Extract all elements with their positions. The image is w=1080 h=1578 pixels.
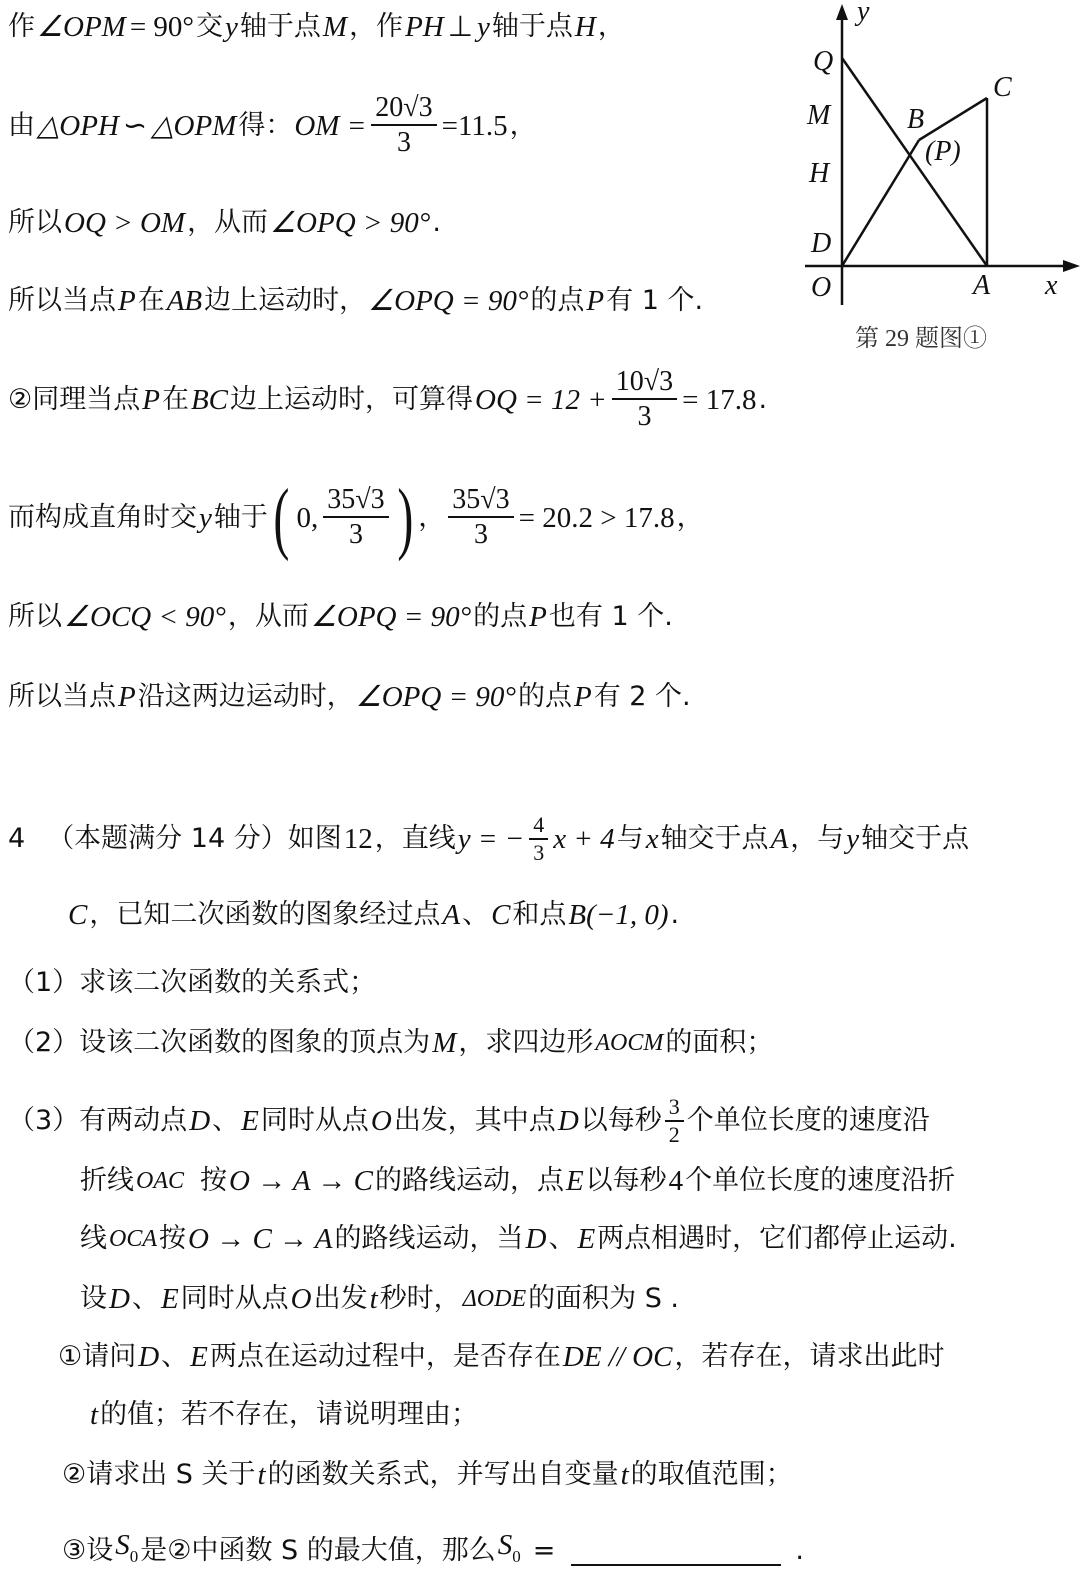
text: （本题满分 14 分）如图 (47, 822, 342, 856)
math-var: y (225, 10, 238, 44)
math-s: S (115, 1529, 130, 1561)
math-value: 0, (297, 501, 319, 535)
subscript: 0 (512, 1547, 521, 1566)
text: 按 (200, 1164, 227, 1198)
math-var: P (529, 600, 547, 634)
text: 是②中函数 S 的最大值，那么 (140, 1534, 496, 1568)
math-var: C (68, 898, 87, 932)
text: 同时从点 (181, 1282, 289, 1316)
math-var: E (161, 1282, 179, 1316)
question-3-line-3: 线 OCA 按 O → C → A 的路线运动，当 D 、 E 两点相遇时，它们… (80, 1222, 957, 1256)
text: 个单位长度的速度沿折 (685, 1164, 955, 1198)
label-point-m: M (807, 100, 830, 132)
solution-line-5: ②同理当点 P 在 BC 边上运动时，可算得 OQ = 12 + 10√3 3 … (8, 366, 767, 434)
text: 有 1 个. (606, 284, 703, 318)
sub-question-3: ③设 S0 是②中函数 S 的最大值，那么 S0 = . (62, 1528, 804, 1574)
math-var: C (491, 898, 510, 932)
right-paren: ) (397, 478, 413, 558)
text: 以每秒 (581, 1104, 662, 1138)
geometry-figure: y Q M H D O A x B (P) C 第 29 题图① (795, 0, 1080, 350)
text: ②同理当点 (8, 383, 140, 417)
text: 的点 (518, 680, 572, 714)
text: ，与 (790, 822, 844, 856)
solution-line-3: 所以 OQ > OM ，从而 ∠OPQ > 90° . (8, 206, 441, 240)
math-var: t (621, 1458, 629, 1492)
text: ，从而 (228, 600, 309, 634)
text: 与 (617, 822, 644, 856)
numerator: 35√3 (323, 484, 388, 518)
math-expr: ∠OPQ = 90° (311, 600, 471, 634)
text: ，从而 (187, 206, 268, 240)
text: 的路线运动，点 (375, 1164, 564, 1198)
text: 和点 (512, 898, 566, 932)
text: 、 (212, 1104, 239, 1138)
fraction: 3 2 (665, 1094, 684, 1148)
math-var: D (189, 1104, 210, 1138)
math-var: P (142, 383, 160, 417)
math-expr: DE // OC (563, 1340, 673, 1374)
text: 设 (80, 1282, 107, 1316)
math-var: D (558, 1104, 579, 1138)
math-var: y (477, 10, 490, 44)
label-x-axis: x (1045, 270, 1057, 302)
numerator: 3 (665, 1094, 684, 1122)
question-2: （2）设该二次函数的图象的顶点为 M ，求四边形 AOCM 的面积； (8, 1026, 773, 1060)
math-expr: ∠OPQ = 90° (356, 680, 516, 714)
text: = (533, 1534, 556, 1568)
text: （1）求该二次函数的关系式； (8, 966, 376, 1000)
label-origin: O (811, 272, 831, 304)
text: 秒时， (380, 1282, 461, 1316)
text: 出发 (314, 1282, 368, 1316)
question-3-line-4: 设 D 、 E 同时从点 O 出发 t 秒时， ΔODE 的面积为 S . (80, 1282, 679, 1316)
label-point-d: D (811, 228, 831, 260)
text: ①请问 (58, 1340, 136, 1374)
math-var: y (846, 822, 859, 856)
math-value: = 90° (130, 10, 194, 44)
label-point-a: A (973, 270, 990, 302)
math-angle: ∠OPM (37, 10, 126, 44)
text: 作 (8, 10, 35, 44)
text: ，求四边形 (458, 1026, 593, 1060)
text: 、 (548, 1222, 575, 1256)
math-var: PH (405, 10, 444, 44)
math-triangle: △OPH (37, 109, 119, 143)
math-var: O (291, 1282, 312, 1316)
question-1: （1）求该二次函数的关系式； (8, 966, 376, 1000)
text: ， (677, 501, 704, 535)
problem6-header: 4 （本题满分 14 分）如图 12 ，直线 y = − 4 3 x + 4 与… (8, 812, 969, 866)
answer-blank[interactable] (571, 1536, 781, 1566)
text: 由 (8, 109, 35, 143)
text: 两点在运动过程中，是否存在 (210, 1340, 561, 1374)
left-paren: ( (273, 478, 289, 558)
math-var: D (109, 1282, 130, 1316)
math-value: = 20.2 > 17.8 (519, 501, 675, 535)
question-3-line-2: 折线 OAC 按 O → A → C 的路线运动，点 E 以每秒 4 个单位长度… (80, 1164, 955, 1198)
math-var: E (566, 1164, 584, 1198)
text: 两点相遇时，它们都停止运动. (597, 1222, 957, 1256)
text: . (432, 206, 441, 240)
math-expr: OQ = 12 + (475, 383, 607, 417)
math-path: O → A → C (229, 1164, 373, 1198)
text: 边上运动时，可算得 (230, 383, 473, 417)
solution-line-7: 所以 ∠OCQ < 90° ，从而 ∠OPQ = 90° 的点 P 也有 1 个… (8, 600, 673, 634)
text: 个单位长度的速度沿 (687, 1104, 930, 1138)
text: ， (510, 109, 537, 143)
math-symbol: ⊥ (448, 10, 473, 44)
numerator: 20√3 (371, 92, 436, 126)
math-path: O → C → A (188, 1222, 332, 1256)
label-point-h: H (809, 158, 829, 190)
math-var: P (574, 680, 592, 714)
text: . (795, 1534, 804, 1568)
label-point-q: Q (813, 46, 833, 78)
denominator: 3 (474, 518, 488, 552)
label-y-axis: y (857, 0, 869, 28)
text: 在 (162, 383, 189, 417)
math-expr: ∠OPQ > 90° (270, 206, 430, 240)
math-var: P (118, 680, 136, 714)
math-var: y (199, 501, 212, 535)
math-var: S0 (498, 1528, 521, 1574)
solution-line-8: 所以当点 P 沿这两边运动时， ∠OPQ = 90° 的点 P 有 2 个. (8, 680, 691, 714)
sub-question-2: ②请求出 S 关于 t 的函数关系式，并写出自变量 t 的取值范围； (62, 1458, 793, 1492)
text: 、 (462, 898, 489, 932)
math-var: P (586, 284, 604, 318)
text: 、 (132, 1282, 159, 1316)
text: 而构成直角时交 (8, 501, 197, 535)
math-value: = 17.8 (682, 383, 756, 417)
text: ， (598, 10, 625, 44)
figure-ref: 12 (344, 822, 373, 856)
math-point: B(−1, 0) (568, 898, 668, 932)
numerator: 4 (529, 812, 548, 840)
text: 所以 (8, 600, 62, 634)
sub-question-1-line-1: ①请问 D 、 E 两点在运动过程中，是否存在 DE // OC ，若存在，请求… (58, 1340, 944, 1374)
solution-line-6: 而构成直角时交 y 轴于 ( 0, 35√3 3 ) ， 35√3 3 = 20… (8, 478, 704, 558)
text: 所以当点 (8, 680, 116, 714)
math-var: E (577, 1222, 595, 1256)
figure-caption: 第 29 题图① (855, 318, 987, 353)
denominator: 3 (397, 126, 411, 160)
text: 、 (161, 1340, 188, 1374)
text: . (759, 383, 768, 417)
text: 的值；若不存在，请说明理由； (100, 1398, 478, 1432)
text: 折线 (80, 1164, 134, 1198)
fraction: 10√3 3 (612, 366, 677, 434)
math-triangle: ΔODE (463, 1282, 526, 1316)
math-value: 4 (669, 1164, 684, 1198)
math-var: H (575, 10, 596, 44)
text: 有 2 个. (594, 680, 691, 714)
math-expr: y = − (458, 822, 525, 856)
label-point-b: B (907, 104, 924, 136)
denominator: 3 (533, 840, 544, 866)
math-value: =11.5 (442, 109, 508, 143)
text: 轴于点 (240, 10, 321, 44)
math-var: E (241, 1104, 259, 1138)
text: 按 (159, 1222, 186, 1256)
math-expr: OM = (294, 109, 366, 143)
text: 的点 (530, 284, 584, 318)
text: . (671, 898, 680, 932)
text: 的函数关系式，并写出自变量 (268, 1458, 619, 1492)
fraction: 35√3 3 (448, 484, 513, 552)
math-var: M (323, 10, 347, 44)
text: 轴于点 (492, 10, 573, 44)
math-var: AOCM (595, 1026, 663, 1060)
math-var: S0 (115, 1528, 138, 1574)
text: ，已知二次函数的图象经过点 (89, 898, 440, 932)
numerator: 10√3 (612, 366, 677, 400)
math-expr: ∠OCQ < 90° (64, 600, 226, 634)
math-var: D (138, 1340, 159, 1374)
math-s: S (498, 1529, 513, 1561)
text: 所以当点 (8, 284, 116, 318)
math-var: P (118, 284, 136, 318)
text: （3）有两动点 (8, 1104, 187, 1138)
text: 出发，其中点 (394, 1104, 556, 1138)
text: 的路线运动，当 (334, 1222, 523, 1256)
text: 边上运动时， (204, 284, 366, 318)
math-var: A (442, 898, 460, 932)
fraction: 20√3 3 (371, 92, 436, 160)
text: 轴于 (214, 501, 268, 535)
label-point-c: C (993, 72, 1012, 104)
text: 的点 (473, 600, 527, 634)
fraction: 4 3 (529, 812, 548, 866)
math-var: OCA (109, 1222, 157, 1256)
text: ③设 (62, 1534, 113, 1568)
math-var: t (370, 1282, 378, 1316)
text: 在 (138, 284, 165, 318)
text: 的面积为 S . (528, 1282, 679, 1316)
solution-line-1: 作 ∠OPM = 90° 交 y 轴于点 M ，作 PH ⊥ y 轴于点 H ， (8, 10, 625, 44)
text: 的面积； (665, 1026, 773, 1060)
math-var: AB (167, 284, 202, 318)
sub-question-1-line-2: t 的值；若不存在，请说明理由； (88, 1398, 478, 1432)
subscript: 0 (130, 1547, 139, 1566)
math-triangle: △OPM (151, 109, 236, 143)
text: 同时从点 (261, 1104, 369, 1138)
text: ， (418, 501, 445, 535)
text: 所以 (8, 206, 62, 240)
problem-number: 4 (8, 822, 25, 856)
math-var: t (258, 1458, 266, 1492)
denominator: 3 (637, 400, 651, 434)
solution-line-2: 由 △OPH ∽ △OPM 得： OM = 20√3 3 =11.5 ， (8, 92, 537, 160)
math-var: D (525, 1222, 546, 1256)
text: 也有 1 个. (549, 600, 673, 634)
question-3-line-1: （3）有两动点 D 、 E 同时从点 O 出发，其中点 D 以每秒 3 2 个单… (8, 1094, 930, 1148)
math-var: t (90, 1398, 98, 1432)
text: ②请求出 S 关于 (62, 1458, 256, 1492)
math-expr: x + 4 (553, 822, 614, 856)
math-var: M (432, 1026, 456, 1060)
text: 以每秒 (586, 1164, 667, 1198)
label-point-p: (P) (925, 136, 961, 168)
numerator: 35√3 (448, 484, 513, 518)
text: 轴交于点 (661, 822, 769, 856)
text: 的取值范围； (631, 1458, 793, 1492)
text: 得： (238, 109, 292, 143)
denominator: 3 (349, 518, 363, 552)
text: ，直线 (375, 822, 456, 856)
math-symbol: ∽ (123, 109, 147, 143)
text: 沿这两边运动时， (138, 680, 354, 714)
math-var: A (771, 822, 789, 856)
fraction: 35√3 3 (323, 484, 388, 552)
math-var: OAC (136, 1164, 184, 1198)
solution-line-4: 所以当点 P 在 AB 边上运动时， ∠OPQ = 90° 的点 P 有 1 个… (8, 284, 703, 318)
text: 轴交于点 (861, 822, 969, 856)
math-var: x (646, 822, 659, 856)
math-var: E (190, 1340, 208, 1374)
text: 线 (80, 1222, 107, 1256)
text: （2）设该二次函数的图象的顶点为 (8, 1026, 430, 1060)
text: 交 (196, 10, 223, 44)
text: ，作 (349, 10, 403, 44)
text: ，若存在，请求出此时 (674, 1340, 944, 1374)
problem6-header-2: C ，已知二次函数的图象经过点 A 、 C 和点 B(−1, 0) . (66, 898, 679, 932)
math-expr: ∠OPQ = 90° (368, 284, 528, 318)
math-var: O (371, 1104, 392, 1138)
denominator: 2 (669, 1122, 680, 1148)
math-var: BC (191, 383, 228, 417)
math-expr: OQ > OM (64, 206, 185, 240)
